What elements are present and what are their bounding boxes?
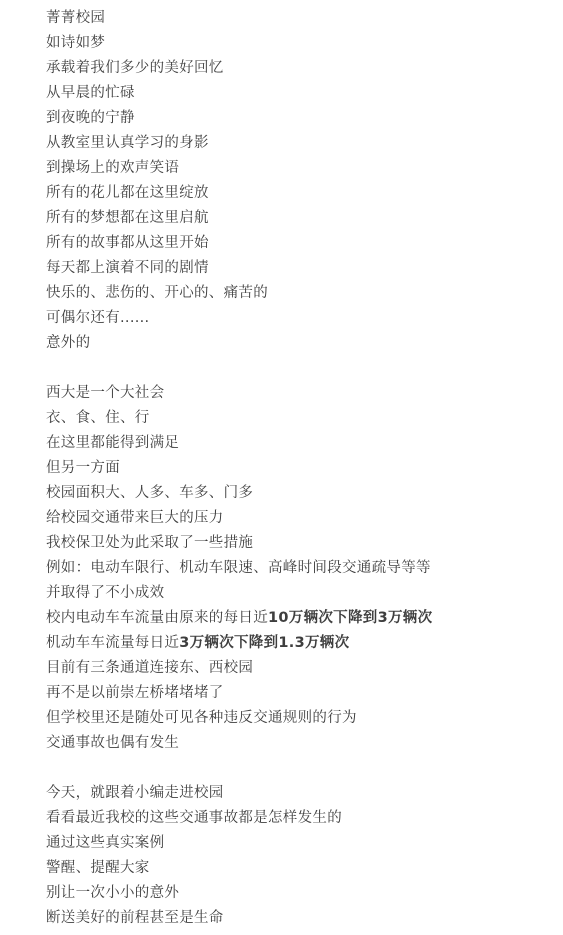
stanza-3: 今天，就跟着小编走进校园 看看最近我校的这些交通事故都是怎样发生的 通过这些真实…	[46, 781, 432, 931]
text-line: 可偶尔还有......	[46, 306, 432, 331]
text-line: 所有的花儿都在这里绽放	[46, 181, 432, 206]
stanza-spacer	[46, 756, 432, 781]
text-line: 菁菁校园	[46, 6, 432, 31]
stanza-1: 菁菁校园 如诗如梦 承载着我们多少的美好回忆 从早晨的忙碌 到夜晚的宁静 从教室…	[46, 6, 432, 356]
text-line: 并取得了不小成效	[46, 581, 432, 606]
stat-prefix: 机动车车流量每日近	[46, 635, 179, 651]
text-line: 承载着我们多少的美好回忆	[46, 56, 432, 81]
text-line: 别让一次小小的意外	[46, 881, 432, 906]
text-line: 我校保卫处为此采取了一些措施	[46, 531, 432, 556]
stat-highlight: 3万辆次下降到1.3万辆次	[179, 635, 349, 651]
stat-line-motor: 机动车车流量每日近3万辆次下降到1.3万辆次	[46, 631, 432, 656]
text-line: 到操场上的欢声笑语	[46, 156, 432, 181]
text-line: 每天都上演着不同的剧情	[46, 256, 432, 281]
text-line: 再不是以前崇左桥堵堵堵了	[46, 681, 432, 706]
text-line: 到夜晚的宁静	[46, 106, 432, 131]
text-line: 断送美好的前程甚至是生命	[46, 906, 432, 931]
stat-highlight: 10万辆次下降到3万辆次	[268, 610, 432, 626]
text-line: 从早晨的忙碌	[46, 81, 432, 106]
text-line: 西大是一个大社会	[46, 381, 432, 406]
stanza-spacer	[46, 356, 432, 381]
stat-line-ebike: 校内电动车车流量由原来的每日近10万辆次下降到3万辆次	[46, 606, 432, 631]
text-line: 衣、食、住、行	[46, 406, 432, 431]
text-line: 快乐的、悲伤的、开心的、痛苦的	[46, 281, 432, 306]
text-line: 通过这些真实案例	[46, 831, 432, 856]
text-line: 校园面积大、人多、车多、门多	[46, 481, 432, 506]
stanza-2: 西大是一个大社会 衣、食、住、行 在这里都能得到满足 但另一方面 校园面积大、人…	[46, 381, 432, 756]
text-line: 警醒、提醒大家	[46, 856, 432, 881]
text-line: 所有的梦想都在这里启航	[46, 206, 432, 231]
text-line: 如诗如梦	[46, 31, 432, 56]
article-body: 菁菁校园 如诗如梦 承载着我们多少的美好回忆 从早晨的忙碌 到夜晚的宁静 从教室…	[46, 6, 432, 931]
text-line: 给校园交通带来巨大的压力	[46, 506, 432, 531]
text-line: 但另一方面	[46, 456, 432, 481]
text-line: 例如：电动车限行、机动车限速、高峰时间段交通疏导等等	[46, 556, 432, 581]
text-line: 看看最近我校的这些交通事故都是怎样发生的	[46, 806, 432, 831]
text-line: 目前有三条通道连接东、西校园	[46, 656, 432, 681]
stat-prefix: 校内电动车车流量由原来的每日近	[46, 610, 268, 626]
text-line: 在这里都能得到满足	[46, 431, 432, 456]
text-line: 今天，就跟着小编走进校园	[46, 781, 432, 806]
text-line: 从教室里认真学习的身影	[46, 131, 432, 156]
text-line: 意外的	[46, 331, 432, 356]
text-line: 但学校里还是随处可见各种违反交通规则的行为	[46, 706, 432, 731]
text-line: 交通事故也偶有发生	[46, 731, 432, 756]
text-line: 所有的故事都从这里开始	[46, 231, 432, 256]
